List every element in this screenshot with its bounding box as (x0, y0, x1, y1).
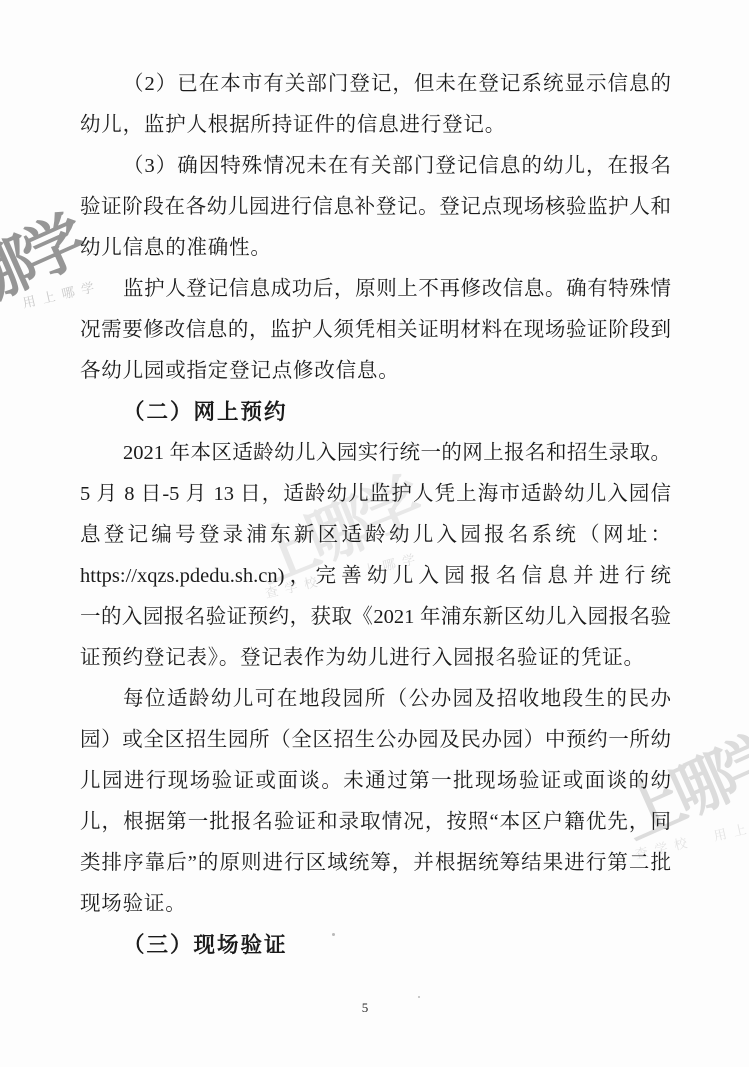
body-text-line: 现场验证。 (80, 884, 671, 925)
body-text-line: 一的入园报名验证预约，获取《2021 年浦东新区幼儿入园报名验 (80, 597, 671, 638)
body-text-line: 每位适龄幼儿可在地段园所（公办园及招收地段生的民办 (80, 679, 671, 720)
body-text-line: 各幼儿园或指定登记点修改信息。 (80, 351, 671, 392)
section-heading: （三）现场验证 (80, 925, 671, 966)
page-number: 5 (330, 1000, 400, 1016)
body-text-line: https://xqzs.pdedu.sh.cn)，完善幼儿入园报名信息并进行统 (80, 556, 671, 597)
body-text-line: 验证阶段在各幼儿园进行信息补登记。登记点现场核验监护人和 (80, 187, 671, 228)
body-text-line: 儿，根据第一批报名验证和录取情况，按照“本区户籍优先，同 (80, 802, 671, 843)
scan-speck (332, 933, 335, 936)
body-text-line: 5 月 8 日-5 月 13 日，适龄幼儿监护人凭上海市适龄幼儿入园信 (80, 474, 671, 515)
document-page: 上哪学 查学校 用上哪学 上哪学 查学校 用上哪学 上哪学 查学校 用上哪学 （… (0, 0, 749, 1067)
body-text-line: 证预约登记表》。登记表作为幼儿进行入园报名验证的凭证。 (80, 638, 671, 679)
body-text-line: 2021 年本区适龄幼儿入园实行统一的网上报名和招生录取。 (80, 433, 671, 474)
body-text-line: 幼儿，监护人根据所持证件的信息进行登记。 (80, 105, 671, 146)
scan-speck (418, 996, 420, 998)
body-text-line: 监护人登记信息成功后，原则上不再修改信息。确有特殊情 (80, 269, 671, 310)
body-text-line: 息登记编号登录浦东新区适龄幼儿入园报名系统（网址： (80, 515, 671, 556)
section-heading: （二）网上预约 (80, 392, 671, 433)
body-text-line: （2）已在本市有关部门登记，但未在登记系统显示信息的 (80, 64, 671, 105)
body-text-line: 幼儿信息的准确性。 (80, 228, 671, 269)
body-text-line: 园）或全区招生园所（全区招生公办园及民办园）中预约一所幼 (80, 720, 671, 761)
body-text-line: 儿园进行现场验证或面谈。未通过第一批现场验证或面谈的幼 (80, 761, 671, 802)
body-text-line: 况需要修改信息的，监护人须凭相关证明材料在现场验证阶段到 (80, 310, 671, 351)
body-text-line: （3）确因特殊情况未在有关部门登记信息的幼儿，在报名 (80, 146, 671, 187)
text-block: （2）已在本市有关部门登记，但未在登记系统显示信息的幼儿，监护人根据所持证件的信… (80, 64, 671, 966)
body-text-line: 类排序靠后”的原则进行区域统筹，并根据统筹结果进行第二批 (80, 843, 671, 884)
